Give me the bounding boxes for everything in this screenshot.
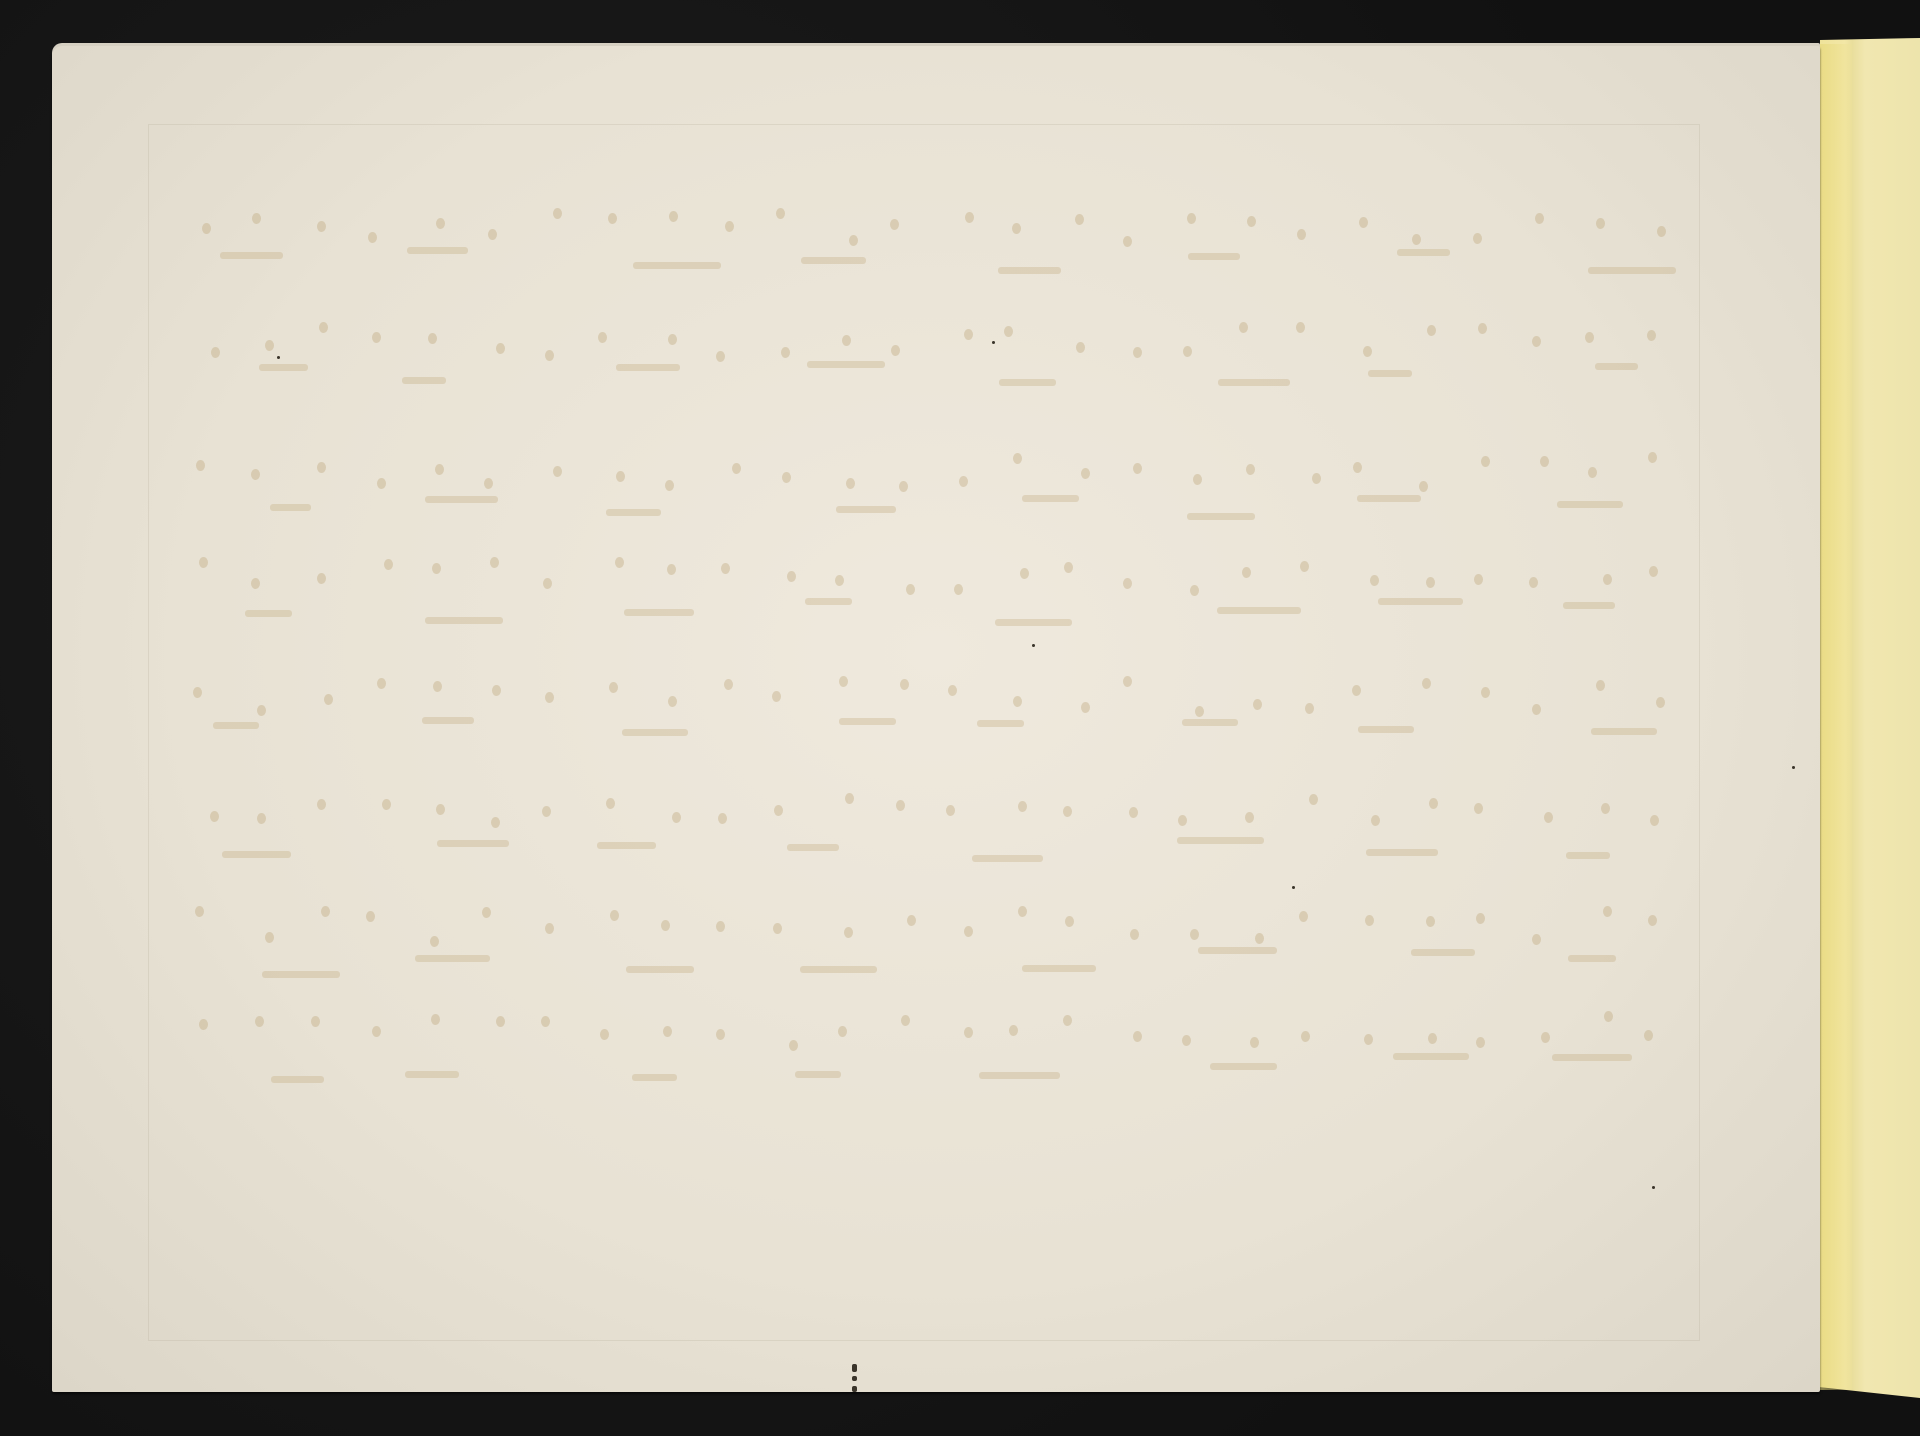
tissue-fold [1820,44,1852,1390]
show-through-stave [152,311,1712,401]
show-through-stave [152,1001,1712,1091]
show-through-stave [152,896,1712,986]
speck [992,341,995,344]
speck [1032,644,1035,647]
speck [1652,1186,1655,1189]
speck [1792,766,1795,769]
ink-mark [852,1364,858,1394]
show-through-staves [52,46,1820,1392]
speck [1292,886,1295,889]
paper-page [52,46,1820,1392]
show-through-stave [152,781,1712,871]
speck [277,356,280,359]
show-through-stave [152,196,1712,286]
show-through-stave [152,441,1712,531]
show-through-stave [152,546,1712,636]
show-through-stave [152,666,1712,756]
